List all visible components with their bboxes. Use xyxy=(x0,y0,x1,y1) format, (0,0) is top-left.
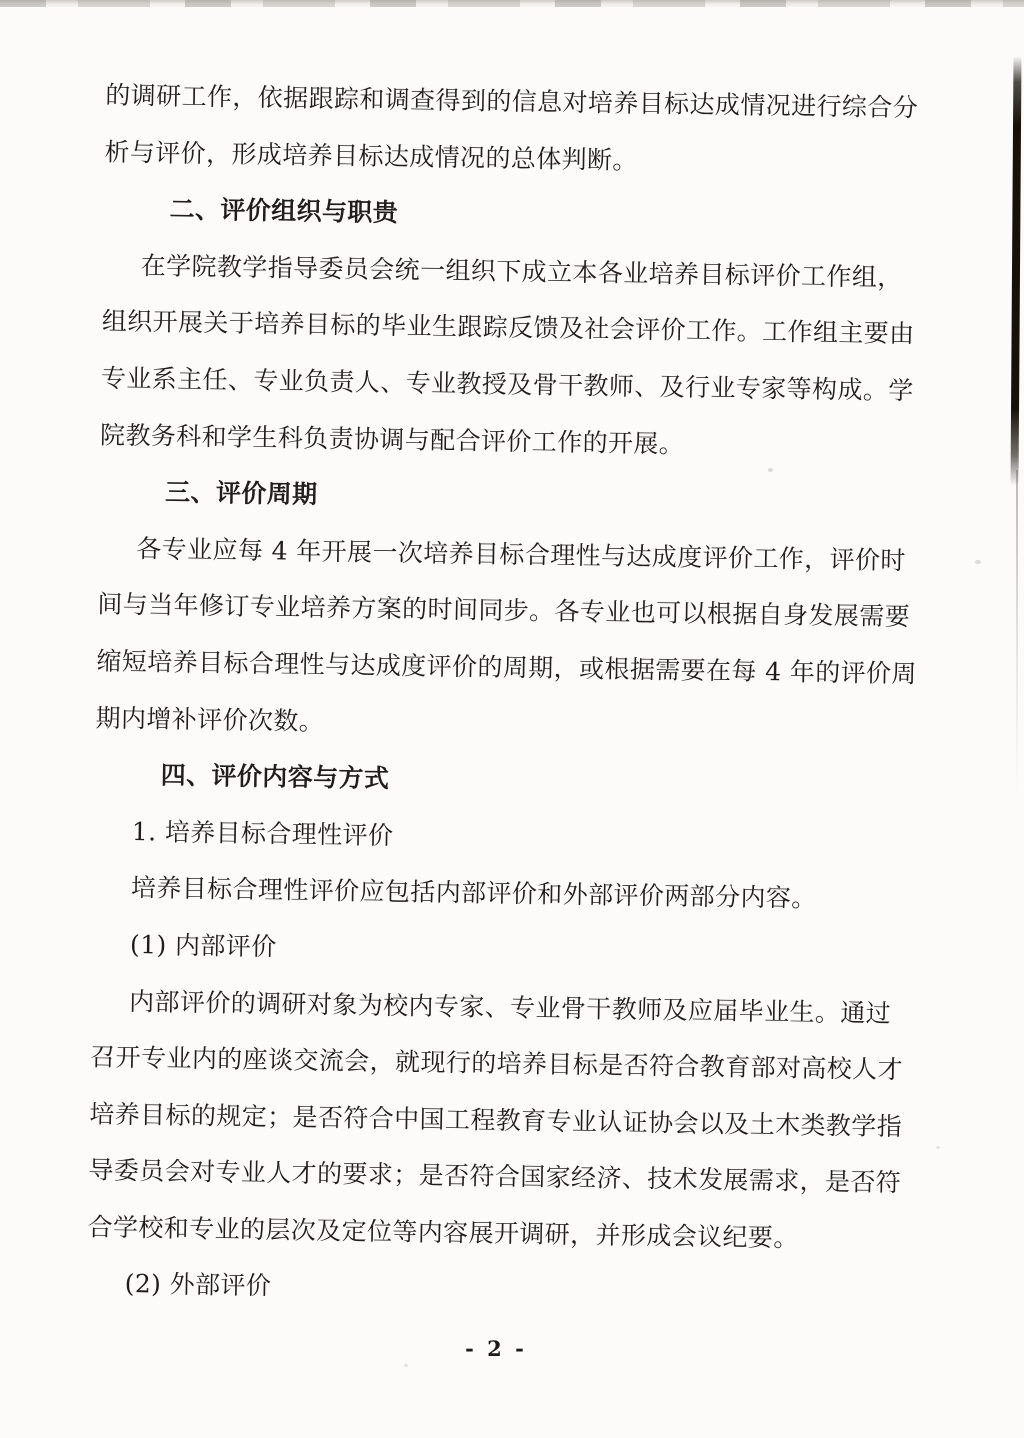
scan-speck xyxy=(975,560,981,564)
scan-speck xyxy=(936,1146,940,1149)
page-number: - 2 - xyxy=(0,1336,992,1361)
scan-speck xyxy=(404,1364,408,1367)
document-body: 的调研工作，依据跟踪和调查得到的信息对培养目标达成情况进行综合分 析与评价，形成… xyxy=(86,68,939,1326)
scanned-document-page: 的调研工作，依据跟踪和调查得到的信息对培养目标达成情况进行综合分 析与评价，形成… xyxy=(0,0,1024,1438)
scan-artifact-right-bar xyxy=(1010,56,1021,486)
scan-artifact-top-edge xyxy=(0,0,1024,7)
scan-artifact-right-line xyxy=(1016,470,1018,800)
